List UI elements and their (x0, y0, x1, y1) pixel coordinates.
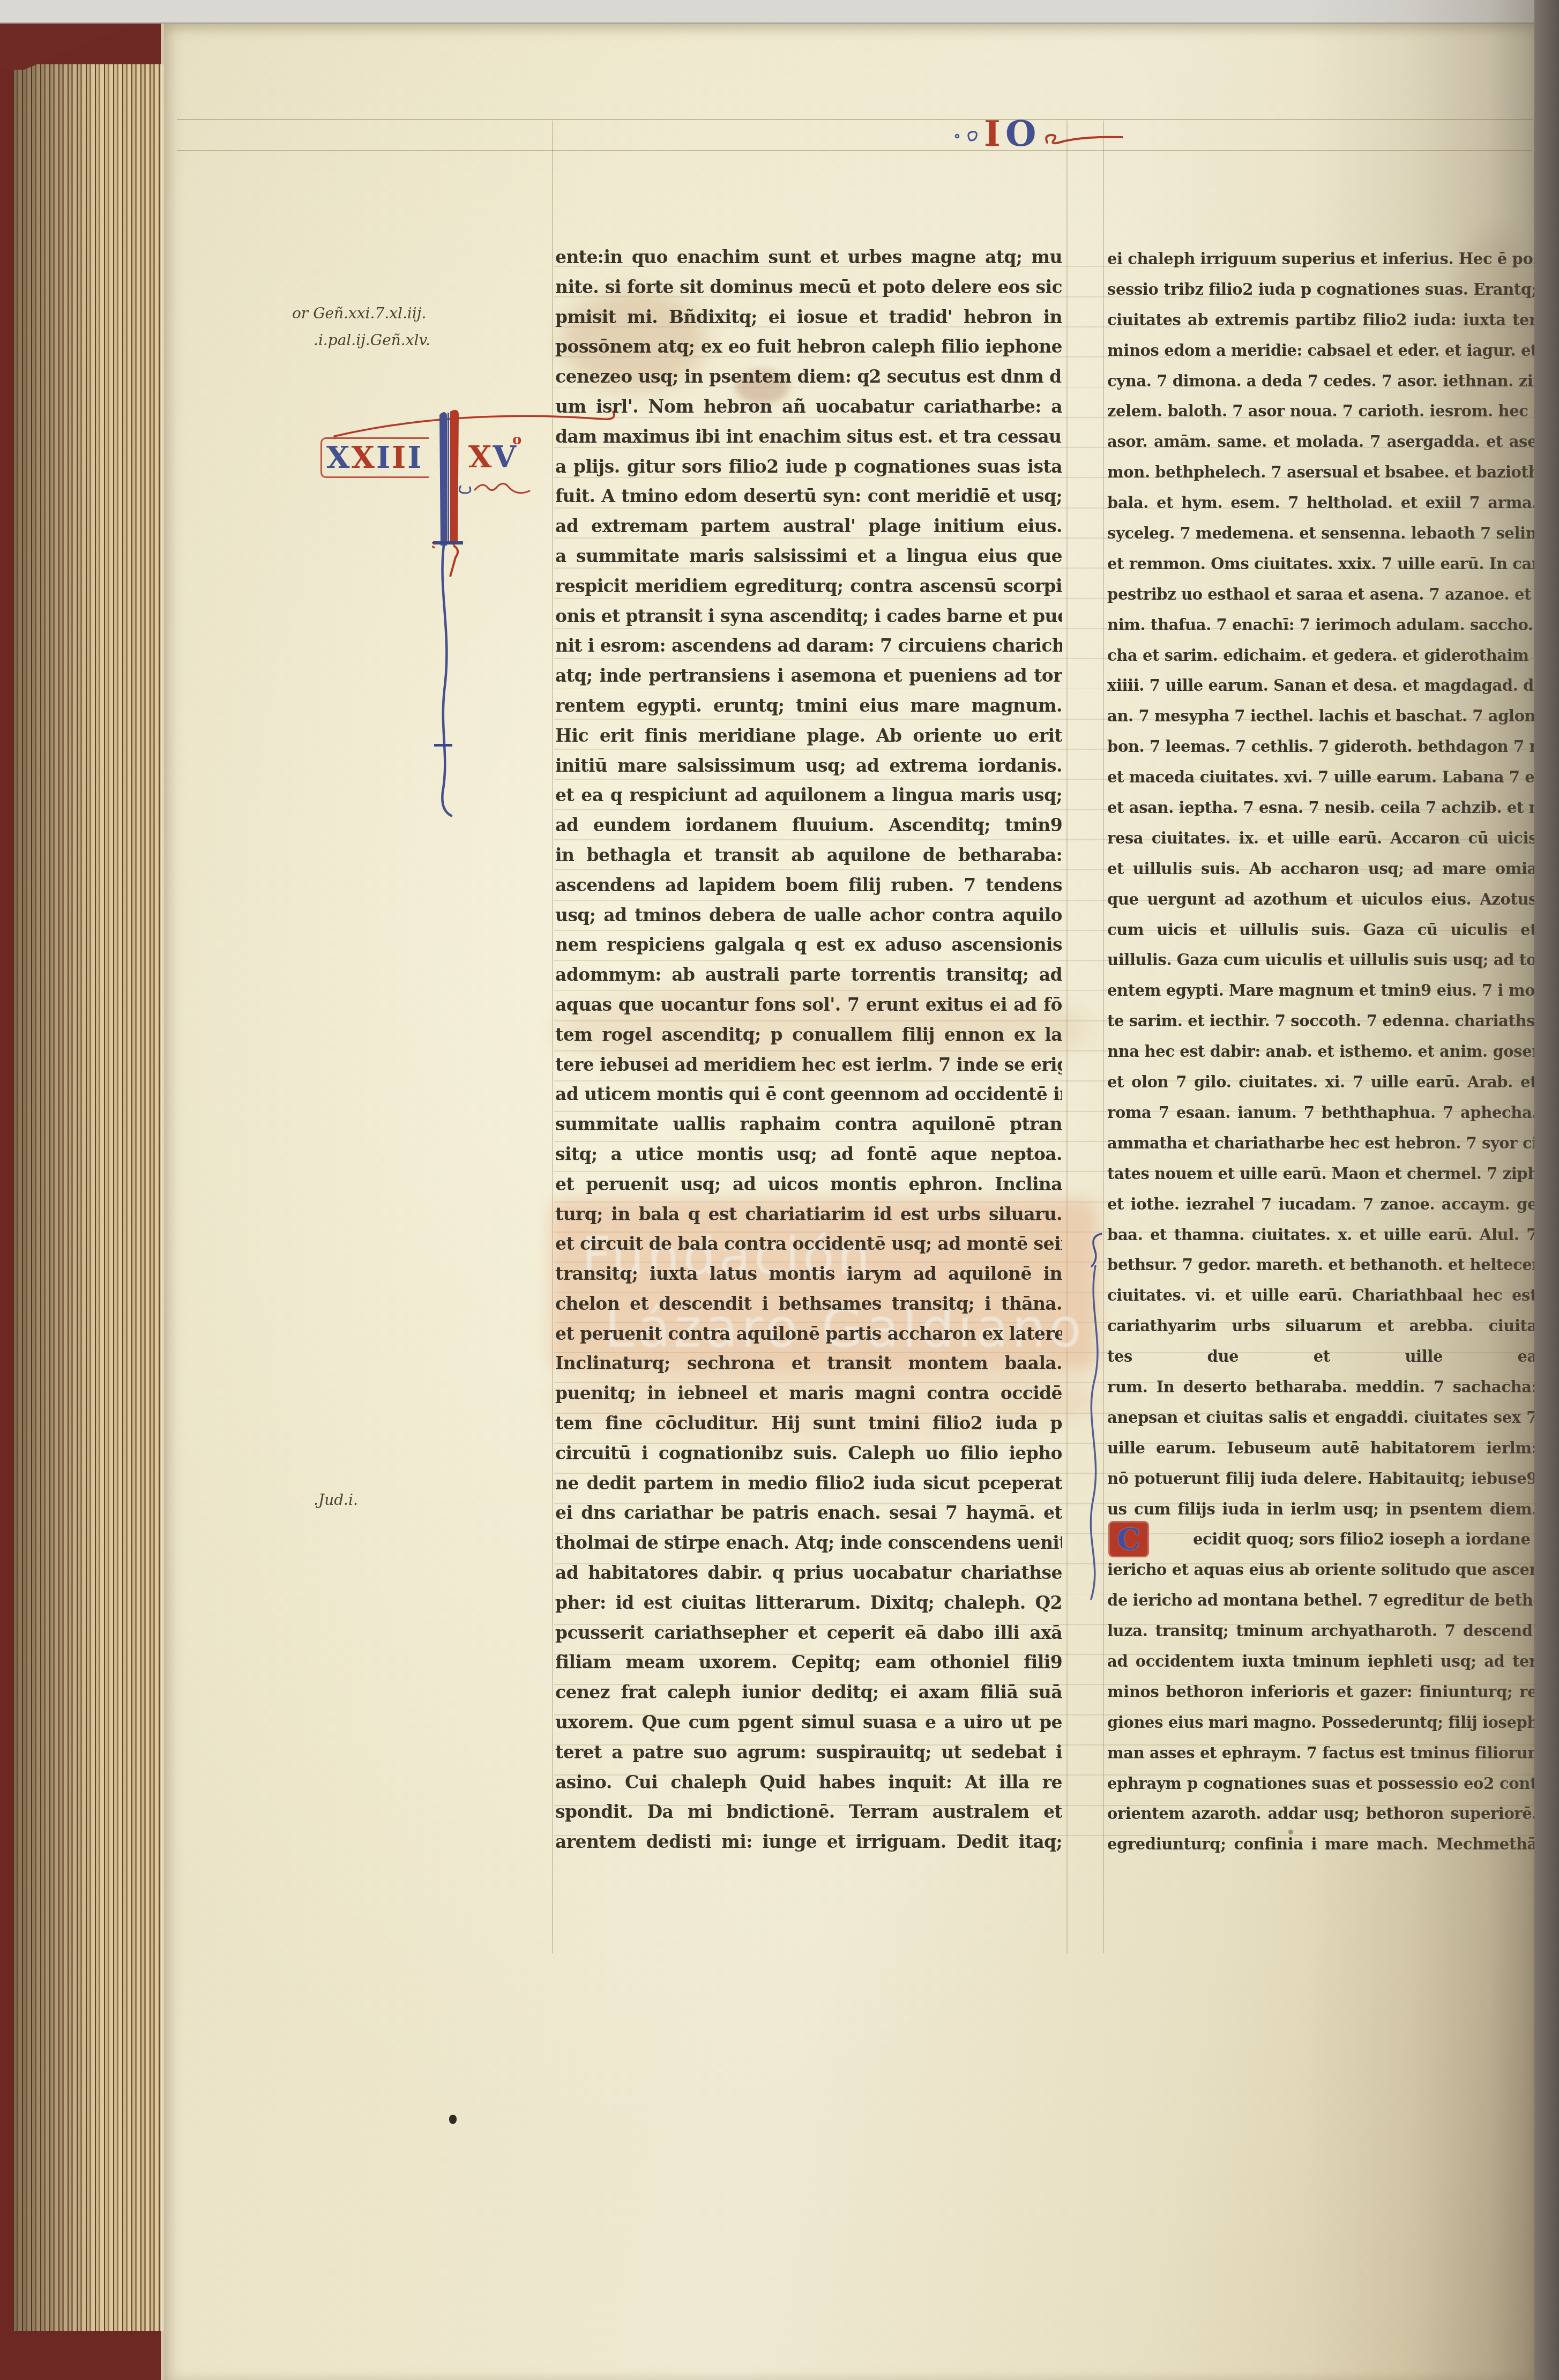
manuscript-text-line: giones eius mari magno. Possederuntq; fi… (1107, 1707, 1537, 1738)
running-title-letter-I: I (984, 115, 1001, 152)
manuscript-text-line: egrediunturq; confinia i mare mach. Mech… (1107, 1829, 1537, 1860)
manuscript-text-line: atq; inde pertransiens i asemona et puen… (555, 661, 1062, 691)
manuscript-text-line: us cum filijs iuda in ierlm usq; in psen… (1107, 1494, 1537, 1525)
manuscript-text-line: et remmon. Oms ciuitates. xxix. 7 uille … (1107, 549, 1537, 579)
chapter-number-modern: XV (468, 439, 517, 475)
manuscript-text-line: et iothe. iezrahel 7 iucadam. 7 zanoe. a… (1107, 1189, 1537, 1220)
manuscript-text-line: nite. si forte sit dominus mecū et poto … (555, 272, 1062, 302)
manuscript-text-line: xiiii. 7 uille earum. Sanan et desa. et … (1107, 670, 1537, 701)
manuscript-text-line: et ea q respiciunt ad aquilonem a lingua… (555, 780, 1062, 810)
page-stack-fore-edge (13, 64, 167, 2331)
running-title-red-flourish-icon (1043, 126, 1123, 150)
ruling-line-col-left-a (552, 121, 553, 1953)
chapter-old-letter: I (392, 440, 407, 475)
manuscript-text-line: aquas que uocantur fons sol'. 7 erunt ex… (555, 990, 1062, 1020)
ink-speck (1288, 1830, 1293, 1834)
manuscript-text-line: transitq; iuxta latus montis iarym ad aq… (555, 1259, 1062, 1289)
manuscript-text-line: et peruenit contra aquilonē partis accha… (555, 1319, 1062, 1349)
marginal-cross-reference-line2: .i.pal.ij.Geñ.xlv. (314, 331, 430, 349)
manuscript-text-line: cha et sarim. edichaim. et gedera. et gi… (1107, 640, 1537, 671)
text-column-right: ei chaleph irriguum superius et inferius… (1107, 244, 1537, 1860)
manuscript-text-line: uille earum. Iebuseum autē habitatorem i… (1107, 1433, 1537, 1464)
manuscript-text-line: et maceda ciuitates. xvi. 7 uille earum.… (1107, 762, 1537, 793)
manuscript-text-line: circuitū i cognationibz suis. Caleph uo … (555, 1438, 1062, 1468)
manuscript-text-line: ammatha et chariatharbe hec est hebron. … (1107, 1128, 1537, 1159)
manuscript-text-line: et uillulis suis. Ab accharon usq; ad ma… (1107, 854, 1537, 884)
manuscript-text-line: uxorem. Que cum pgent simul suasa e a ui… (555, 1707, 1062, 1737)
manuscript-text-line: onis et ptransit i syna ascenditq; i cad… (555, 601, 1062, 631)
ruling-line-header (177, 150, 1533, 151)
manuscript-text-line: turq; in bala q est chariatiarim id est … (555, 1199, 1062, 1229)
chapter-number-old-capitula: XXIII (320, 437, 429, 478)
manuscript-text-line: ei dns cariathar be patris enach. sesai … (555, 1498, 1062, 1528)
manuscript-text-line: cenezeo usq; in psentem diem: q2 secutus… (555, 362, 1062, 392)
manuscript-text-line: ciuitates ab extremis partibz filio2 iud… (1107, 305, 1537, 335)
manuscript-text-line: ne dedit partem in medio filio2 iuda sic… (555, 1468, 1062, 1498)
manuscript-text-line: initiū mare salsissimum usq; ad extrema … (555, 751, 1062, 781)
manuscript-text-line: nit i esrom: ascendens ad daram: 7 circu… (555, 631, 1062, 661)
manuscript-text-line: spondit. Da mi bndictionē. Terram austra… (555, 1797, 1062, 1827)
manuscript-text-line: minos edom a meridie: cabsael et eder. e… (1107, 335, 1537, 366)
chapter-old-letter: X (351, 440, 376, 475)
decorated-initial-igitur (432, 407, 469, 841)
manuscript-text-line: nō potuerunt filij iuda delere. Habitaui… (1107, 1464, 1537, 1494)
manuscript-text-line: bethsur. 7 gedor. mareth. et bethanoth. … (1107, 1250, 1537, 1280)
manuscript-text-line: roma 7 esaan. ianum. 7 beththaphua. 7 ap… (1107, 1098, 1537, 1128)
manuscript-text-line: um isrl'. Nom hebron añ uocabatur cariat… (555, 392, 1062, 422)
manuscript-text-line: luza. transitq; tminum archyatharoth. 7 … (1107, 1616, 1537, 1646)
running-title-letter-O: O (1005, 115, 1036, 152)
manuscript-text-line: usq; ad tminos debera de ualle achor con… (555, 900, 1062, 930)
manuscript-text-line: ecidit quoq; sors filio2 ioseph a iordan… (1107, 1524, 1537, 1555)
manuscript-text-line: pestribz uo esthaol et saraa et asena. 7… (1107, 579, 1537, 610)
text-column-left: ente:in quo enachim sunt et urbes magne … (555, 242, 1062, 1857)
manuscript-text-line: asor. amām. same. et molada. 7 asergadda… (1107, 427, 1537, 457)
manuscript-text-line: adommym: ab australi parte torrentis tra… (555, 960, 1062, 990)
manuscript-text-line: tholmai de stirpe enach. Atq; inde consc… (555, 1528, 1062, 1558)
manuscript-text-line: pher: id est ciuitas litterarum. Dixitq;… (555, 1588, 1062, 1618)
manuscript-text-line: pmisit mi. Bñdixitq; ei iosue et tradid'… (555, 302, 1062, 332)
manuscript-text-line: nim. thafua. 7 enachī: 7 ierimoch adulam… (1107, 610, 1537, 640)
binding-gutter (1534, 0, 1559, 2380)
manuscript-text-line: que uergunt ad azothum et uiculos eius. … (1107, 884, 1537, 915)
chapter-old-letter: X (326, 440, 351, 475)
manuscript-text-line: tes due et uille ea (1107, 1341, 1537, 1372)
manuscript-text-line: ad occidentem iuxta tminum iephleti usq;… (1107, 1646, 1537, 1677)
manuscript-photo: Fundación Lázaro Galdiano I O or Geñ.xxi… (0, 0, 1559, 2380)
manuscript-text-line: et peruenit usq; ad uicos montis ephron.… (555, 1169, 1062, 1199)
manuscript-text-line: cariathyarim urbs siluarum et arebba. ci… (1107, 1311, 1537, 1341)
manuscript-text-line: mon. bethphelech. 7 asersual et bsabee. … (1107, 457, 1537, 488)
manuscript-text-line: sitq; a utice montis usq; ad fontē aque … (555, 1139, 1062, 1169)
manuscript-text-line: chelon et descendit i bethsames transitq… (555, 1289, 1062, 1319)
manuscript-text-line: cum uicis et uillulis suis. Gaza cū uicu… (1107, 915, 1537, 945)
manuscript-text-line: minos bethoron inferioris et gazer: fini… (1107, 1677, 1537, 1707)
marginal-reference-judges: .Jud.i. (314, 1491, 358, 1509)
manuscript-text-line: cyna. 7 dimona. a deda 7 cedes. 7 asor. … (1107, 366, 1537, 397)
chapter-old-letter: I (407, 440, 423, 475)
manuscript-text-line: a plijs. gitur sors filio2 iude p cognat… (555, 452, 1062, 482)
manuscript-text-line: et olon 7 gilo. ciuitates. xi. 7 uille e… (1107, 1067, 1537, 1098)
manuscript-text-line: tere iebusei ad meridiem hec est ierlm. … (555, 1050, 1062, 1080)
manuscript-text-line: puenitq; in iebneel et maris magni contr… (555, 1378, 1062, 1408)
manuscript-text-line: et asan. ieptha. 7 esna. 7 nesib. ceila … (1107, 793, 1537, 823)
manuscript-text-line: ad eundem iordanem fluuium. Ascenditq; t… (555, 810, 1062, 840)
manuscript-text-line: resa ciuitates. ix. et uille earū. Accar… (1107, 823, 1537, 854)
manuscript-text-line: anepsan et ciuitas salis et engaddi. ciu… (1107, 1402, 1537, 1433)
manuscript-text-line: ad extremam partem austral' plage initiu… (555, 511, 1062, 541)
manuscript-text-line: te sarim. et iecthir. 7 soccoth. 7 edenn… (1107, 1006, 1537, 1036)
manuscript-text-line: rum. In deserto betharaba. meddin. 7 sac… (1107, 1372, 1537, 1402)
manuscript-text-line: ad uticem montis qui ē cont geennom ad o… (555, 1079, 1062, 1109)
manuscript-text-line: bon. 7 leemas. 7 cethlis. 7 gideroth. be… (1107, 732, 1537, 762)
photo-top-margin (0, 0, 1559, 23)
running-title-blue-flourish-icon (952, 129, 982, 148)
running-title: I O (949, 115, 1174, 155)
manuscript-text-line: syceleg. 7 medemena. et sensenna. lebaot… (1107, 518, 1537, 549)
manuscript-text-line: ciuitates. vi. et uille earū. Chariathba… (1107, 1280, 1537, 1311)
manuscript-text-line: in bethagla et transit ab aquilone de be… (555, 840, 1062, 870)
manuscript-text-line: entem egypti. Mare magnum et tmin9 eius.… (1107, 975, 1537, 1006)
manuscript-text-line: nna hec est dabir: anab. et isthemo. et … (1107, 1036, 1537, 1067)
chapter-blue-squiggle-icon (457, 474, 532, 499)
manuscript-text-line: sessio tribz filio2 iuda p cognationes s… (1107, 274, 1537, 305)
manuscript-text-line: uillulis. Gaza cum uiculis et uillulis s… (1107, 945, 1537, 975)
marginal-cross-reference-line1: or Geñ.xxi.7.xl.iij. (292, 304, 426, 323)
ink-speck (449, 2115, 457, 2124)
manuscript-text-line: iericho et aquas eius ab oriente solitud… (1107, 1555, 1537, 1585)
manuscript-text-line: Inclinaturq; sechrona et transit montem … (555, 1348, 1062, 1378)
chapter-number-superscript: o (512, 432, 521, 448)
manuscript-text-line: orientem azaroth. addar usq; bethoron su… (1107, 1799, 1537, 1829)
manuscript-text-line: baa. et thamna. ciuitates. x. et uille e… (1107, 1220, 1537, 1250)
manuscript-text-line: filiam meam uxorem. Cepitq; eam othoniel… (555, 1647, 1062, 1677)
manuscript-text-line: man asses et ephraym. 7 factus est tminu… (1107, 1738, 1537, 1769)
manuscript-text-line: respicit meridiem egrediturq; contra asc… (555, 571, 1062, 601)
manuscript-text-line: nem respiciens galgala q est ex aduso as… (555, 930, 1062, 960)
manuscript-text-line: summitate uallis raphaim contra aquilonē… (555, 1109, 1062, 1139)
manuscript-text-line: teret a patre suo agrum: suspirauitq; ut… (555, 1737, 1062, 1767)
decorated-initial-cecidit: C (1108, 1521, 1149, 1557)
ruling-line-top (177, 119, 1533, 120)
manuscript-text-line: a summitate maris salsissimi et a lingua… (555, 541, 1062, 571)
manuscript-text-line: et circuit de bala contra occidentē usq;… (555, 1229, 1062, 1259)
manuscript-text-line: pcusserit cariathsepher et ceperit eā da… (555, 1618, 1062, 1648)
manuscript-text-line: an. 7 mesypha 7 iecthel. lachis et basch… (1107, 701, 1537, 732)
manuscript-text-line: ephraym p cognationes suas et possessio … (1107, 1769, 1537, 1799)
chapter-old-letter: I (376, 440, 392, 475)
manuscript-text-line: tem fine cōcluditur. Hij sunt tmini fili… (555, 1408, 1062, 1438)
chapter-modern-letter: X (468, 439, 493, 475)
intercolumn-blue-flourish-icon (1084, 1230, 1109, 1606)
manuscript-text-line: ente:in quo enachim sunt et urbes magne … (555, 242, 1062, 272)
manuscript-text-line: Hic erit finis meridiane plage. Ab orien… (555, 721, 1062, 751)
manuscript-text-line: fuit. A tmino edom desertū syn: cont mer… (555, 481, 1062, 511)
manuscript-text-line: bala. et hym. esem. 7 heltholad. et exii… (1107, 488, 1537, 518)
ruling-line-col-left-b (1066, 121, 1068, 1953)
manuscript-text-line: arentem dedisti mi: iunge et irriguam. D… (555, 1827, 1062, 1857)
manuscript-text-line: ad habitatores dabir. q prius uocabatur … (555, 1558, 1062, 1588)
initial-letter-c: C (1117, 1522, 1140, 1556)
manuscript-text-line: tem rogel ascenditq; p conuallem filij e… (555, 1020, 1062, 1050)
manuscript-text-line: cenez frat caleph iunior deditq; ei axam… (555, 1677, 1062, 1707)
manuscript-text-line: tates nouem et uille earū. Maon et cherm… (1107, 1159, 1537, 1189)
manuscript-text-line: zelem. baloth. 7 asor noua. 7 carioth. i… (1107, 396, 1537, 427)
manuscript-text-line: dam maximus ibi int enachim situs est. e… (555, 422, 1062, 452)
manuscript-text-line: ei chaleph irriguum superius et inferius… (1107, 244, 1537, 274)
manuscript-text-line: rentem egypti. eruntq; tmini eius mare m… (555, 691, 1062, 721)
manuscript-text-line: asino. Cui chaleph Quid habes inquit: At… (555, 1767, 1062, 1797)
manuscript-text-line: possōnem atq; ex eo fuit hebron caleph f… (555, 332, 1062, 362)
manuscript-text-line: ascendens ad lapidem boem filij ruben. 7… (555, 870, 1062, 900)
manuscript-text-line: de iericho ad montana bethel. 7 egreditu… (1107, 1585, 1537, 1616)
ruling-line-col-right-a (1103, 121, 1104, 1953)
